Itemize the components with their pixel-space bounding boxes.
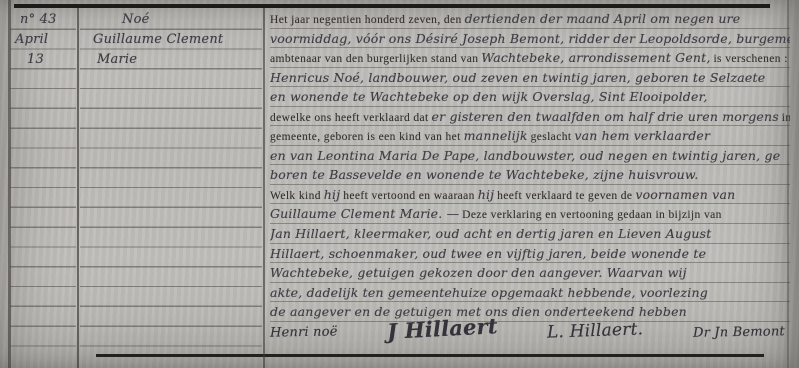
- body-line-15: akte, dadelijk ten gemeentehuize opgemaa…: [270, 283, 790, 303]
- handwritten-text: er gisteren den twaalfden om half drie u…: [432, 109, 779, 124]
- handwritten-text: Wachtebeke, getuigen gekozen door den aa…: [270, 265, 687, 280]
- printed-text: ambtenaar van den burgerlijken stand van: [270, 53, 478, 65]
- body-line-13: Hillaert, schoenmaker, oud twee en vijft…: [270, 244, 790, 264]
- handwritten-text: hij: [324, 187, 341, 202]
- signature-registrar: Dr Jn Bemont: [693, 324, 785, 341]
- names-column-divider: [263, 8, 265, 368]
- printed-text: dewelke ons heeft verklaard dat: [270, 112, 429, 124]
- handwritten-text: hij: [478, 187, 495, 202]
- child-surname: Noé: [122, 12, 150, 27]
- printed-text: geslacht: [531, 131, 572, 143]
- child-given-names-2: Marie: [97, 52, 137, 67]
- entry-number: n° 43: [20, 12, 57, 27]
- signature-declarant: Henri noë: [270, 324, 338, 340]
- printed-text: Welk kind: [270, 190, 321, 202]
- handwritten-text: en van Leontina Maria De Pape, landbouws…: [270, 148, 780, 163]
- handwritten-text: Jan Hillaert, kleermaker, oud acht en de…: [270, 226, 711, 241]
- handwritten-text: Guillaume Clement Marie. —: [270, 206, 459, 221]
- body-line-11: Guillaume Clement Marie. — Deze verklari…: [270, 204, 790, 224]
- printed-text: heeft verklaard te geven de: [497, 190, 632, 202]
- printed-text: gemeente, geboren is een kind van het: [270, 131, 461, 143]
- handwritten-text: boren te Bassevelde en wonende te Wachte…: [270, 167, 699, 182]
- body-line-9: boren te Bassevelde en wonende te Wachte…: [270, 165, 790, 185]
- handwritten-text: voormiddag, vóór ons Désiré Joseph Bemon…: [270, 31, 790, 46]
- printed-text: is verschenen :: [713, 53, 787, 65]
- printed-text: in deze: [782, 112, 790, 124]
- entry-day: 13: [27, 52, 44, 67]
- printed-text: Het jaar negentien honderd zeven, den: [270, 14, 462, 26]
- body-line-1: Het jaar negentien honderd zeven, den de…: [270, 9, 790, 29]
- document-scan: n° 43 April 13 Noé Guillaume Clement Mar…: [0, 0, 799, 368]
- body-line-5: en wonende te Wachtebeke op den wijk Ove…: [270, 87, 790, 107]
- entry-month: April: [15, 32, 48, 47]
- body-lines: Het jaar negentien honderd zeven, den de…: [270, 9, 790, 322]
- margin-column-divider: [77, 8, 79, 368]
- top-border-rule: [14, 4, 770, 8]
- signature-row: Henri noë J Hillaert L. Hillaert. Dr Jn …: [270, 316, 785, 341]
- child-given-names-1: Guillaume Clement: [93, 32, 223, 47]
- handwritten-text: Wachtebeke, arrondissement Gent,: [481, 50, 710, 65]
- body-line-10: Welk kind hij heeft vertoond en waaraan …: [270, 185, 790, 205]
- body-line-8: en van Leontina Maria De Pape, landbouws…: [270, 146, 790, 166]
- handwritten-text: van hem verklaarder: [574, 128, 710, 143]
- body-line-4: Henricus Noé, landbouwer, oud zeven en t…: [270, 68, 790, 88]
- signature-witness-2: L. Hillaert.: [547, 319, 644, 342]
- handwritten-text: mannelijk: [464, 128, 528, 143]
- body-line-6: dewelke ons heeft verklaard dat er giste…: [270, 107, 790, 127]
- body-line-3: ambtenaar van den burgerlijken stand van…: [270, 48, 790, 68]
- handwritten-text: akte, dadelijk ten gemeentehuize opgemaa…: [270, 285, 708, 300]
- signature-witness-1: J Hillaert: [387, 313, 499, 344]
- body-line-14: Wachtebeke, getuigen gekozen door den aa…: [270, 263, 790, 283]
- handwritten-text: Hillaert, schoenmaker, oud twee en vijft…: [270, 246, 706, 261]
- handwritten-text: Henricus Noé, landbouwer, oud zeven en t…: [270, 70, 765, 85]
- printed-text: Deze verklaring en vertooning gedaan in …: [462, 209, 722, 221]
- handwritten-text: en wonende te Wachtebeke op den wijk Ove…: [270, 89, 708, 104]
- handwritten-text: dertienden der maand April om negen ure: [465, 11, 741, 26]
- body-line-12: Jan Hillaert, kleermaker, oud acht en de…: [270, 224, 790, 244]
- body-line-7: gemeente, geboren is een kind van het ma…: [270, 126, 790, 146]
- handwritten-text: voornamen van: [635, 187, 735, 202]
- body-line-2: voormiddag, vóór ons Désiré Joseph Bemon…: [270, 29, 790, 49]
- printed-text: heeft vertoond en waaraan: [343, 190, 475, 202]
